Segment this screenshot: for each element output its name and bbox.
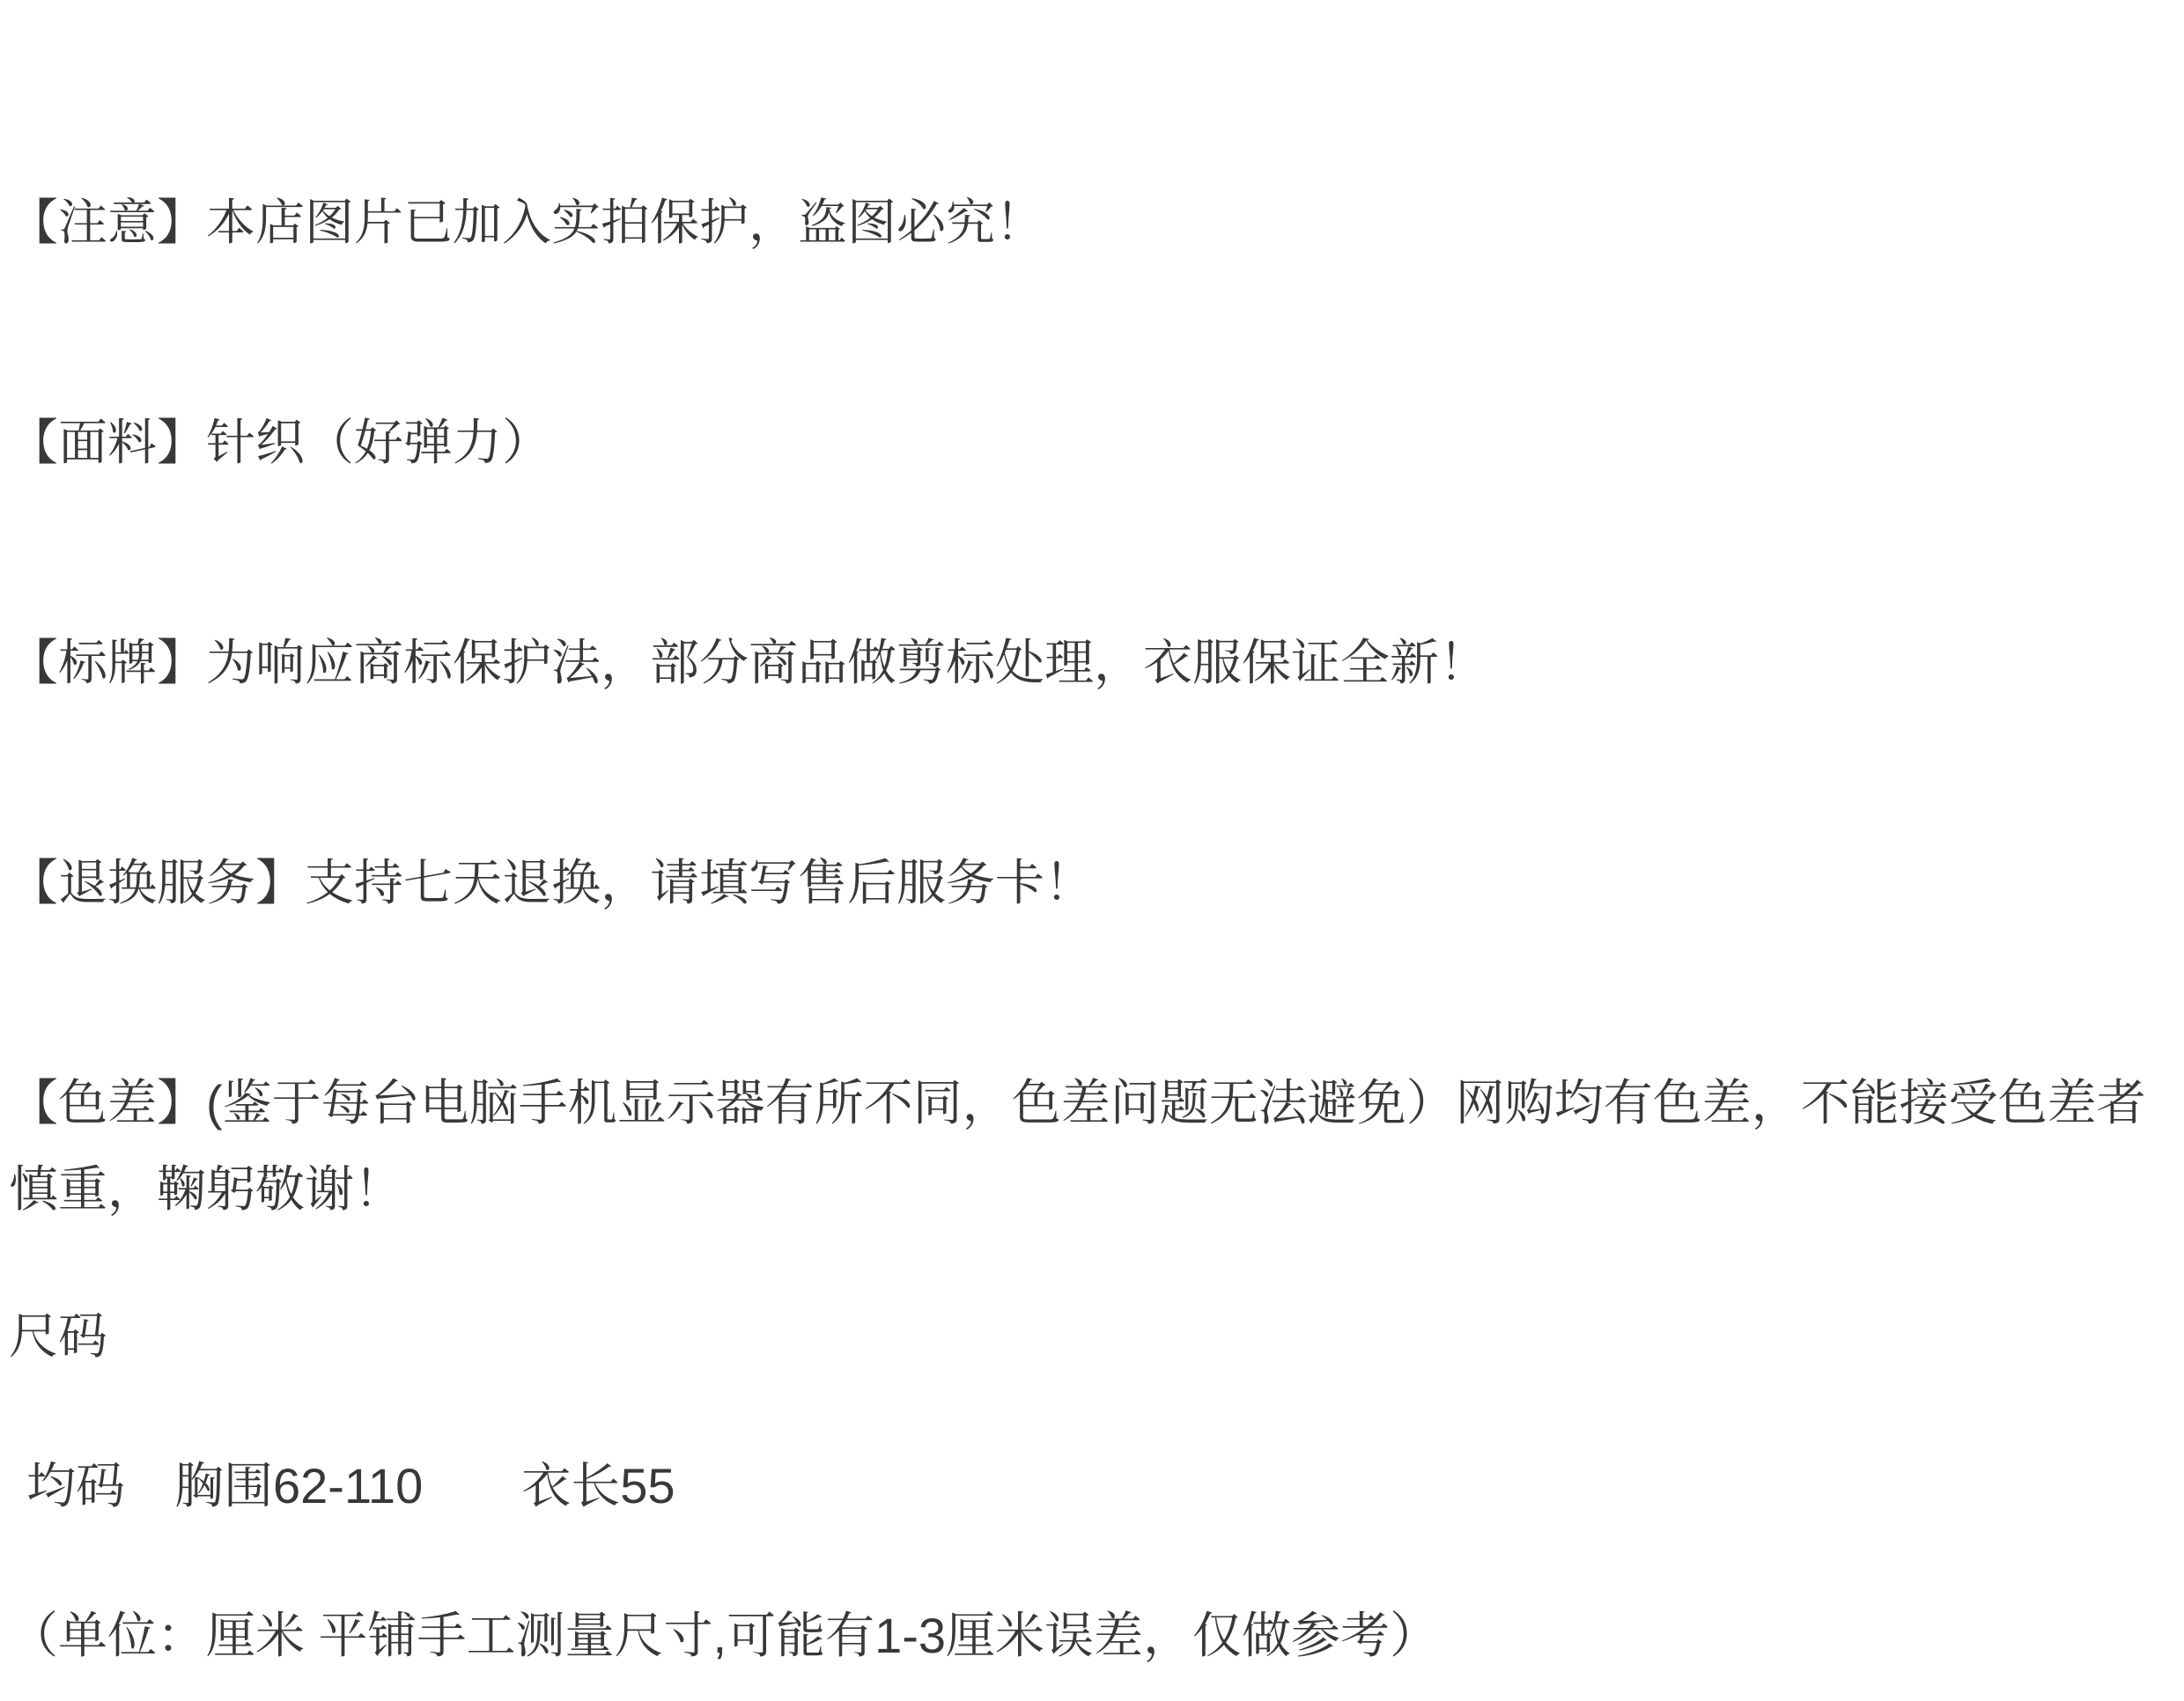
return-policy-line: 【退换服务】支持七天退换，请填写售后服务卡！ (9, 840, 2177, 926)
size-measurements-line: 均码 胸围62-110 衣长55 (9, 1443, 2177, 1529)
brand-label-line: 【标牌】为响应商标保护法，部分商品做剪标处理，衣服保证全新！ (9, 620, 2177, 706)
size-heading: 尺码 (9, 1293, 2177, 1380)
product-description-section: 【注意】本店图片已加入实拍保护，盗图必究！ 【面料】针织（好弹力） 【标牌】为响… (0, 0, 2184, 1701)
color-difference-line: 【色差】(鉴于每台电脑手机显示器有所不同，色差问题无法避免）网购均有色差，不能接… (9, 1060, 2177, 1233)
unit-note-line: （单位：厘米 平铺手工测量尺寸,可能有1-3厘米误差，仅做参考） (9, 1593, 2177, 1679)
fabric-line: 【面料】针织（好弹力） (9, 400, 2177, 486)
notice-line: 【注意】本店图片已加入实拍保护，盗图必究！ (9, 180, 2177, 266)
